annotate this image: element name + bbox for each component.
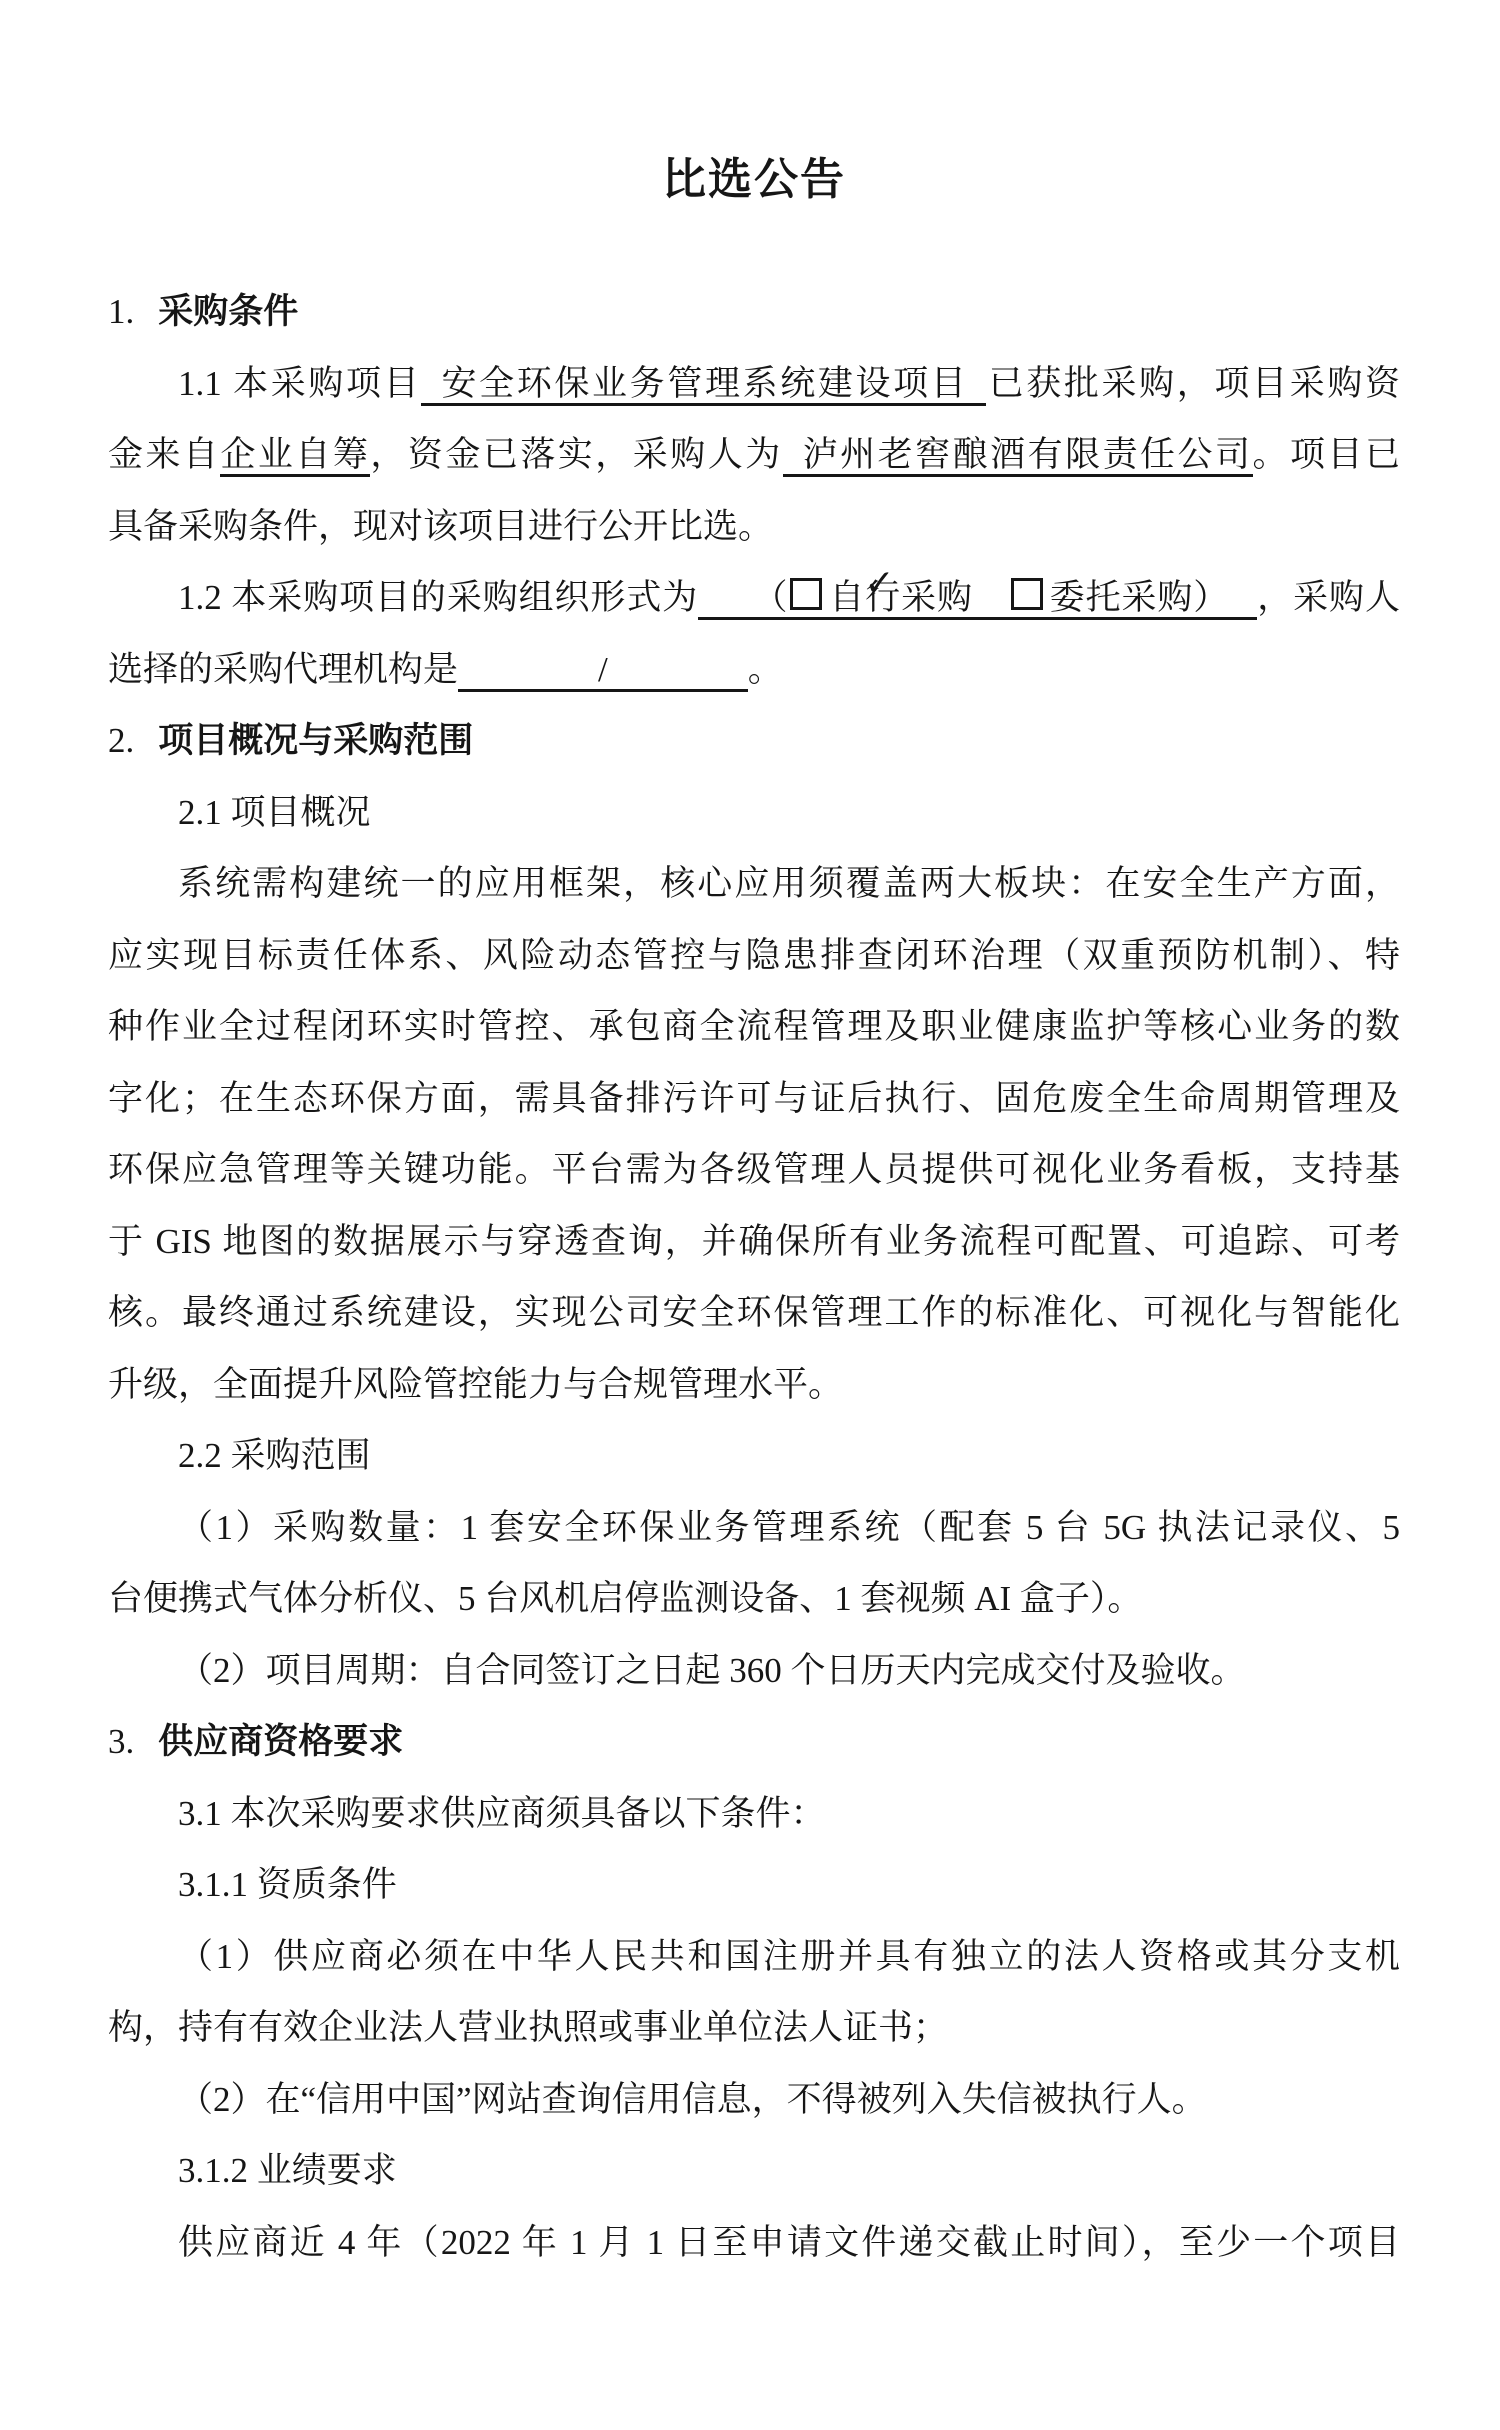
text-line: 3.1.2 业绩要求 [108,2135,1400,2207]
text-segment: 核。最终通过系统建设，实现公司安全环保管理工作的标准化、可视化与智能化 [108,1293,1400,1332]
heading-number: 1. [108,292,134,331]
underlined-text: 安全环保业务管理系统建设项目 [421,364,986,403]
text-line: 具备采购条件，现对该项目进行公开比选。 [108,491,1400,563]
text-line: 于 GIS 地图的数据展示与穿透查询，并确保所有业务流程可配置、可追踪、可考 [108,1206,1400,1278]
text-line: 1.2 本采购项目的采购组织形式为 （✓自行采购 委托采购） ，采购人 [108,562,1400,634]
text-segment: 选择的采购代理机构是 [108,650,458,689]
text-segment: 应实现目标责任体系、风险动态管控与隐患排查闭环治理（双重预防机制）、特 [108,936,1400,975]
text-line: （1）供应商必须在中华人民共和国注册并具有独立的法人资格或其分支机 [108,1921,1400,1993]
text-segment: 。项目已 [1253,435,1400,474]
underline-field: / [458,650,748,692]
text-segment: 。 [748,650,783,689]
heading-number: 2. [108,721,134,760]
text-segment: 台便携式气体分析仪、5 台风机启停监测设备、1 套视频 AI 盒子）。 [108,1579,1142,1618]
text-line: 2.1 项目概况 [108,777,1400,849]
document-page: 比选公告 1.采购条件1.1 本采购项目 安全环保业务管理系统建设项目 已获批采… [0,0,1500,2430]
text-segment: 构，持有有效企业法人营业执照或事业单位法人证书； [108,2008,948,2047]
heading-number: 3. [108,1722,134,1761]
text-line: 供应商近 4 年（2022 年 1 月 1 日至申请文件递交截止时间），至少一个… [108,2207,1400,2279]
text-line: （1）采购数量：1 套安全环保业务管理系统（配套 5 台 5G 执法记录仪、5 [108,1492,1400,1564]
text-line: 选择的采购代理机构是 / 。 [108,634,1400,706]
text-segment: 具备采购条件，现对该项目进行公开比选。 [108,507,773,546]
text-segment: 字化；在生态环保方面，需具备排污许可与证后执行、固危废全生命周期管理及 [108,1079,1400,1118]
checkbox-unchecked-icon [1011,578,1043,610]
text-segment: 系统需构建统一的应用框架，核心应用须覆盖两大板块：在安全生产方面， [178,864,1400,903]
text-segment: 3.1.1 资质条件 [178,1865,397,1904]
document-body: 1.采购条件1.1 本采购项目 安全环保业务管理系统建设项目 已获批采购，项目采… [108,276,1400,2278]
text-line: 3.1 本次采购要求供应商须具备以下条件： [108,1778,1400,1850]
document-content: 比选公告 1.采购条件1.1 本采购项目 安全环保业务管理系统建设项目 已获批采… [0,0,1500,2278]
underlined-text: 企业自筹 [220,435,370,474]
check-mark-icon: ✓ [794,565,894,601]
text-segment: 1.2 本采购项目的采购组织形式为 [178,578,698,617]
text-line: 应实现目标责任体系、风险动态管控与隐患排查闭环治理（双重预防机制）、特 [108,920,1400,992]
text-segment: ，资金已落实，采购人为 [370,435,782,474]
text-segment: 3.1.2 业绩要求 [178,2151,397,2190]
heading-label: 供应商资格要求 [158,1722,403,1761]
text-segment: （2）在“信用中国”网站查询信用信息，不得被列入失信被执行人。 [178,2080,1207,2119]
text-line: 系统需构建统一的应用框架，核心应用须覆盖两大板块：在安全生产方面， [108,848,1400,920]
text-segment: （1）供应商必须在中华人民共和国注册并具有独立的法人资格或其分支机 [178,1937,1400,1976]
section-heading: 1.采购条件 [108,276,1400,348]
underline-field: 企业自筹 [220,435,370,477]
underline-field: （✓自行采购 委托采购） [698,578,1257,620]
heading-label: 项目概况与采购范围 [158,721,473,760]
text-segment: 已获批采购，项目采购资 [986,364,1400,403]
document-title: 比选公告 [108,140,1400,220]
underline-field: 安全环保业务管理系统建设项目 [421,364,986,406]
text-line: 金来自企业自筹，资金已落实，采购人为 泸州老窖酿酒有限责任公司。项目已 [108,419,1400,491]
text-segment: 金来自 [108,435,220,474]
text-line: 环保应急管理等关键功能。平台需为各级管理人员提供可视化业务看板，支持基 [108,1134,1400,1206]
text-segment: 种作业全过程闭环实时管控、承包商全流程管理及职业健康监护等核心业务的数 [108,1007,1400,1046]
text-segment: 2.1 项目概况 [178,793,371,832]
underlined-text: 委托采购） [1049,578,1257,617]
text-segment: 1.1 本采购项目 [178,364,421,403]
text-line: 3.1.1 资质条件 [108,1849,1400,1921]
text-segment: 供应商近 4 年（2022 年 1 月 1 日至申请文件递交截止时间），至少一个… [178,2223,1400,2262]
heading-label: 采购条件 [158,292,298,331]
text-line: 2.2 采购范围 [108,1420,1400,1492]
text-segment: 于 GIS 地图的数据展示与穿透查询，并确保所有业务流程可配置、可追踪、可考 [108,1222,1400,1261]
text-line: （2）项目周期：自合同签订之日起 360 个日历天内完成交付及验收。 [108,1635,1400,1707]
text-line: 升级，全面提升风险管控能力与合规管理水平。 [108,1349,1400,1421]
text-line: 构，持有有效企业法人营业执照或事业单位法人证书； [108,1992,1400,2064]
underlined-text: / [458,650,748,689]
text-segment: 2.2 采购范围 [178,1436,371,1475]
text-segment: （2）项目周期：自合同签订之日起 360 个日历天内完成交付及验收。 [178,1651,1246,1690]
underline-field: 泸州老窖酿酒有限责任公司 [783,435,1253,477]
text-line: 台便携式气体分析仪、5 台风机启停监测设备、1 套视频 AI 盒子）。 [108,1563,1400,1635]
text-segment: （1）采购数量：1 套安全环保业务管理系统（配套 5 台 5G 执法记录仪、5 [178,1508,1400,1547]
text-line: 字化；在生态环保方面，需具备排污许可与证后执行、固危废全生命周期管理及 [108,1063,1400,1135]
text-segment: 升级，全面提升风险管控能力与合规管理水平。 [108,1365,843,1404]
text-segment: ，采购人 [1257,578,1400,617]
underlined-text: 泸州老窖酿酒有限责任公司 [783,435,1253,474]
section-heading: 3.供应商资格要求 [108,1706,1400,1778]
checkbox-checked-icon: ✓ [790,578,822,610]
text-line: （2）在“信用中国”网站查询信用信息，不得被列入失信被执行人。 [108,2064,1400,2136]
text-line: 核。最终通过系统建设，实现公司安全环保管理工作的标准化、可视化与智能化 [108,1277,1400,1349]
section-heading: 2.项目概况与采购范围 [108,705,1400,777]
text-line: 种作业全过程闭环实时管控、承包商全流程管理及职业健康监护等核心业务的数 [108,991,1400,1063]
text-segment: 环保应急管理等关键功能。平台需为各级管理人员提供可视化业务看板，支持基 [108,1150,1400,1189]
text-segment: 3.1 本次采购要求供应商须具备以下条件： [178,1794,826,1833]
text-line: 1.1 本采购项目 安全环保业务管理系统建设项目 已获批采购，项目采购资 [108,348,1400,420]
underlined-text: （ [698,578,788,617]
